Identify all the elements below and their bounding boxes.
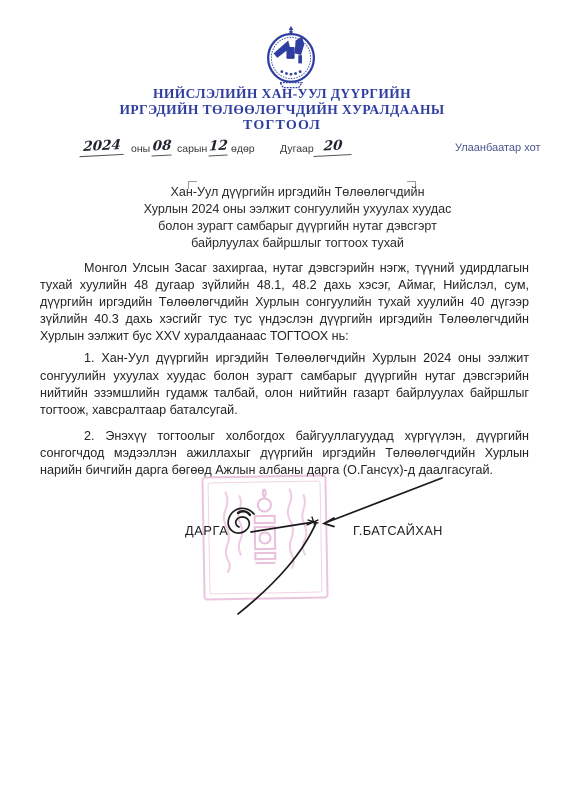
document-type: ТОГТООЛ xyxy=(8,118,556,134)
signature-block: ДАРГА Г.БАТСАЙХАН xyxy=(150,468,480,633)
number-value: 20 xyxy=(314,137,353,157)
signer-name: Г.БАТСАЙХАН xyxy=(353,523,443,538)
paragraph-clause-1: 1. Хан-Уул дүүргийн иргэдийн Төлөөлөгчди… xyxy=(40,350,529,418)
resolution-title: Хан-Уул дүүргийн иргэдийн Төлөөлөгчдийн … xyxy=(15,184,565,252)
number-label: Дугаар xyxy=(280,143,314,155)
day-value: 12 xyxy=(209,137,229,156)
title-line: Хан-Уул дүүргийн иргэдийн Төлөөлөгчдийн xyxy=(15,184,565,201)
day-label: өдөр xyxy=(231,143,255,155)
org-name-line2: ИРГЭДИЙН ТӨЛӨӨЛӨГЧДИЙН ХУРАЛДААНЫ xyxy=(8,102,556,118)
org-name-line1: НИЙСЛЭЛИЙН ХАН-УУЛ ДҮҮРГИЙН xyxy=(8,86,556,102)
resolution-body: Монгол Улсын Засаг захиргаа, нутаг дэвсг… xyxy=(40,260,529,483)
year-label: оны xyxy=(131,143,150,155)
year-value: 2024 xyxy=(80,137,125,157)
signer-role: ДАРГА xyxy=(185,523,228,538)
org-header: НИЙСЛЭЛИЙН ХАН-УУЛ ДҮҮРГИЙН ИРГЭДИЙН ТӨЛ… xyxy=(8,86,556,134)
month-label: сарын xyxy=(177,143,207,155)
paragraph-preamble: Монгол Улсын Засаг захиргаа, нутаг дэвсг… xyxy=(40,260,529,345)
meta-line: 2024 оны 08 сарын 12 өдөр Дугаар 20 Улаа… xyxy=(0,136,565,160)
city-label: Улаанбаатар хот xyxy=(455,142,541,154)
title-line: байрлуулах байршлыг тогтоох тухай xyxy=(15,235,565,252)
signature-scribble xyxy=(150,468,480,633)
document-page: НИЙСЛЭЛИЙН ХАН-УУЛ ДҮҮРГИЙН ИРГЭДИЙН ТӨЛ… xyxy=(0,0,565,800)
title-line: болон зурагт самбарыг дүүргийн нутаг дэв… xyxy=(15,218,565,235)
state-emblem-icon xyxy=(261,25,321,89)
month-value: 08 xyxy=(152,137,173,156)
title-line: Хурлын 2024 оны ээлжит сонгуулийн ухуула… xyxy=(15,201,565,218)
